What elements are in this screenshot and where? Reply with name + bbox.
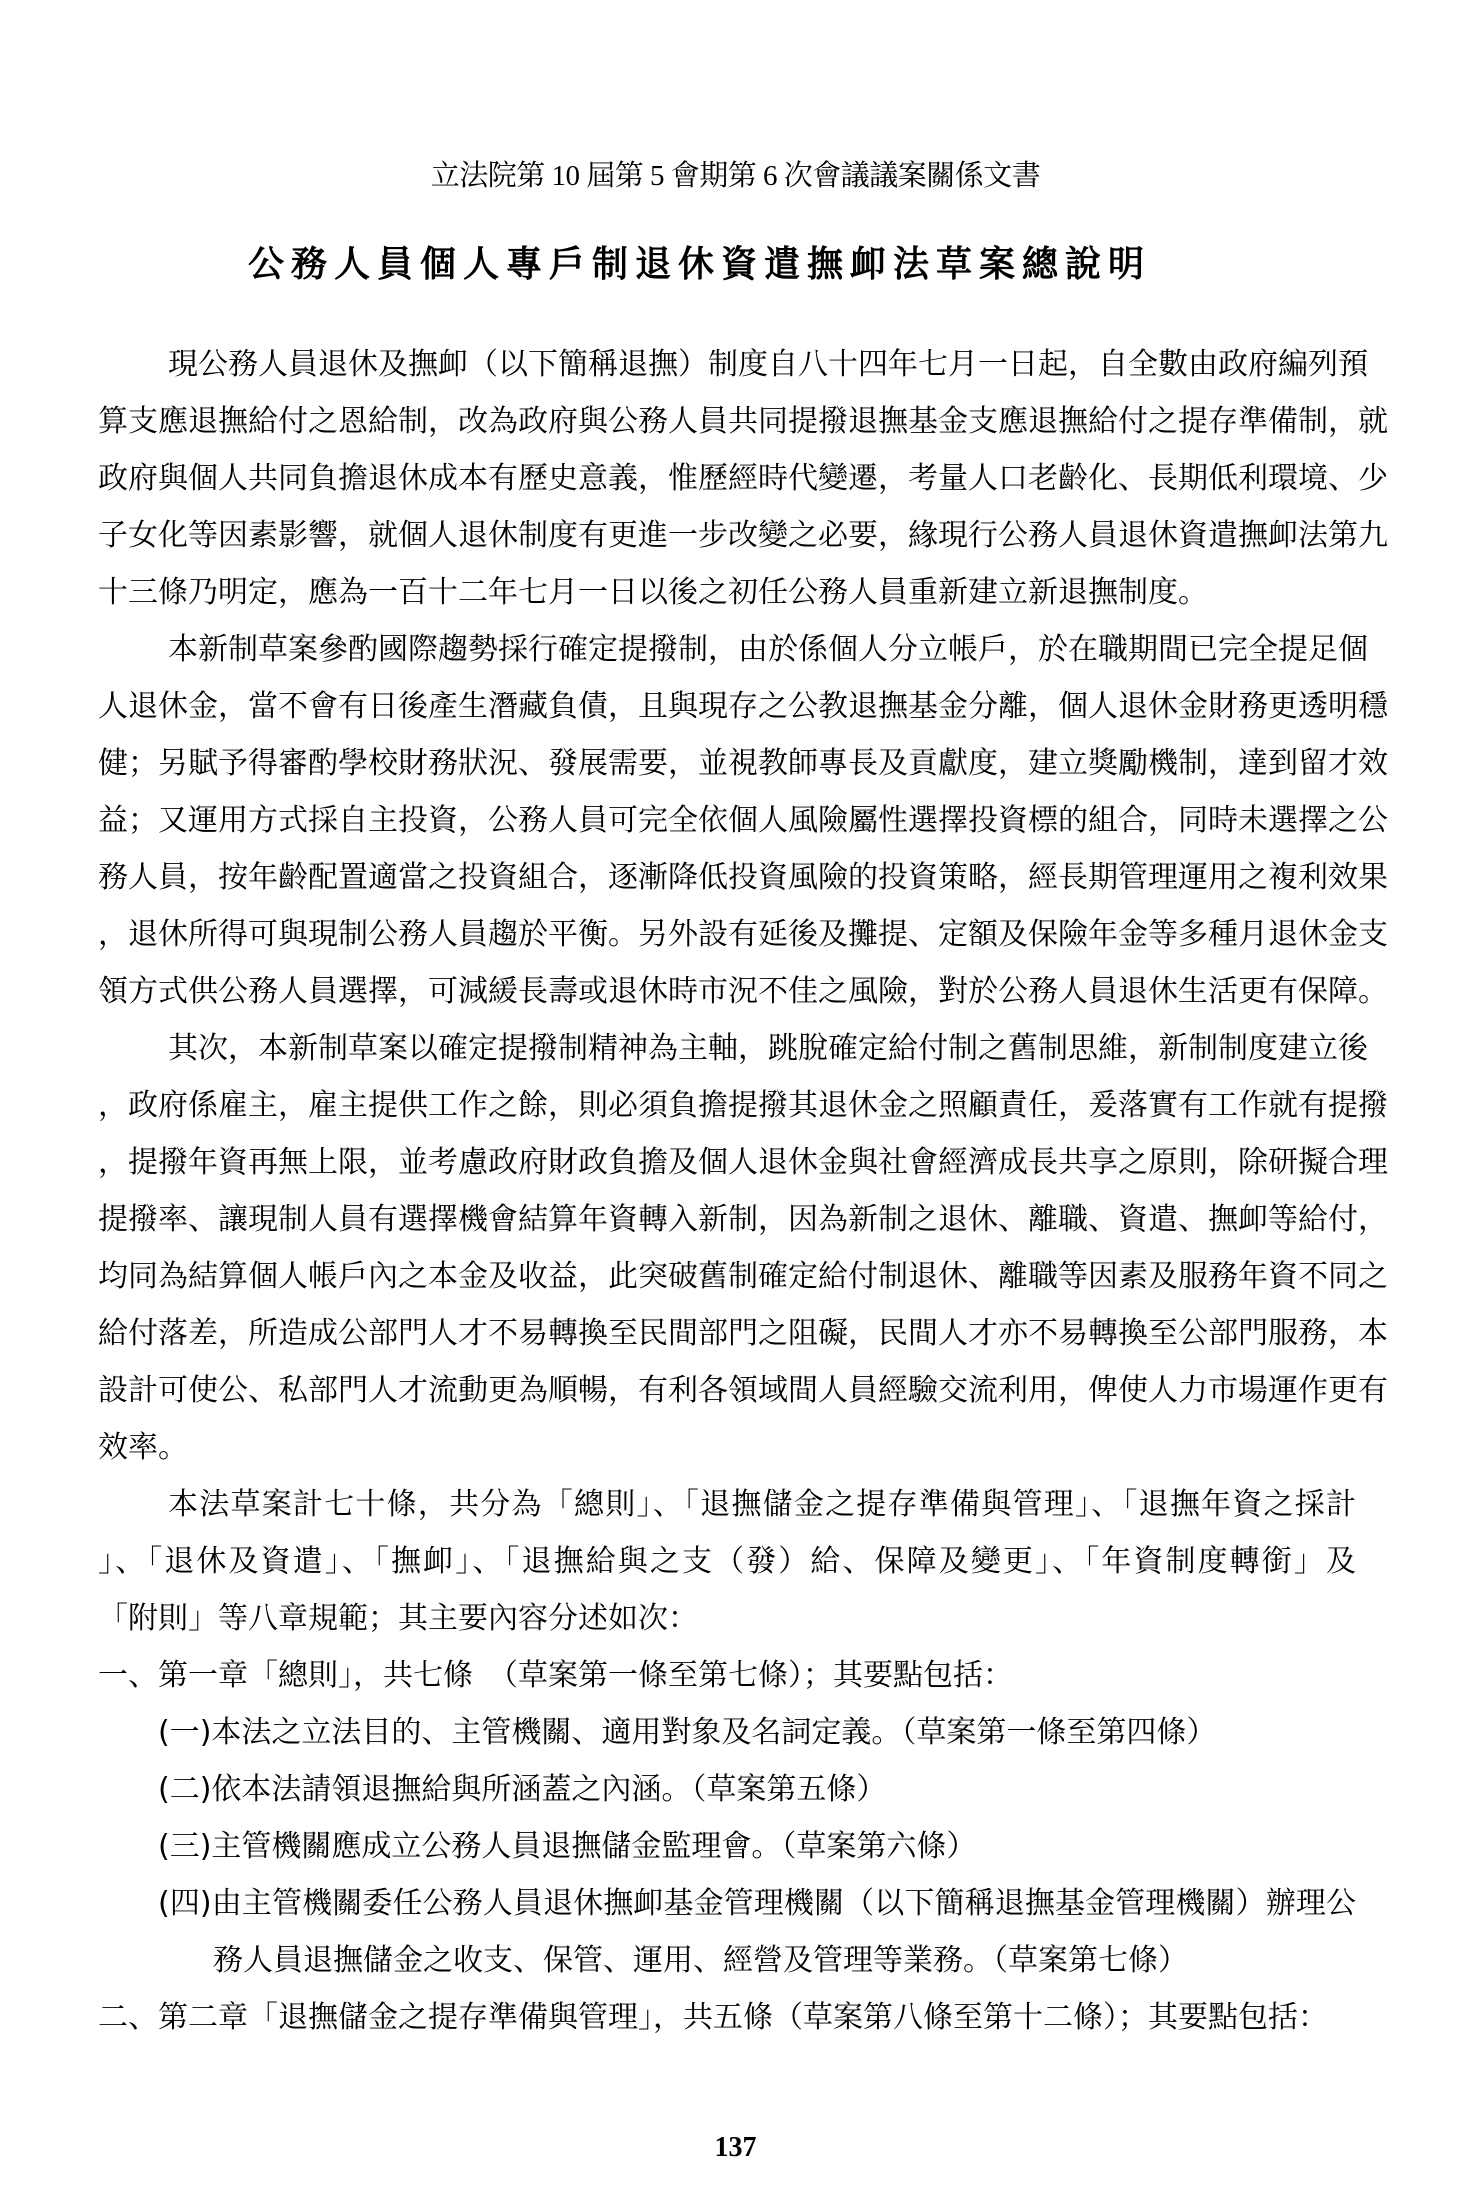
document-header: 立法院第 10 屆第 5 會期第 6 次會議議案關係文書 bbox=[0, 156, 1471, 196]
text-line: 算支應退撫給付之恩給制，改為政府與公務人員共同提撥退撫基金支應退撫給付之提存準備… bbox=[98, 393, 1356, 450]
text-line: ，政府係雇主，雇主提供工作之餘，則必須負擔提撥其退休金之照顧責任，爰落實有工作就… bbox=[98, 1077, 1356, 1134]
text-line: 十三條乃明定，應為一百十二年七月一日以後之初任公務人員重新建立新退撫制度。 bbox=[98, 564, 1356, 621]
text-line: 人退休金，當不會有日後產生潛藏負債，且與現存之公教退撫基金分離，個人退休金財務更… bbox=[98, 678, 1356, 735]
text-line: 「附則」等八章規範；其主要內容分述如次： bbox=[98, 1590, 1356, 1647]
document-title: 公務人員個人專戶制退休資遣撫卹法草案總說明 bbox=[248, 240, 1248, 288]
text-line: 本法草案計七十條，共分為「總則」、「退撫儲金之提存準備與管理」、「退撫年資之採計 bbox=[98, 1476, 1356, 1533]
text-line: 領方式供公務人員選擇，可減緩長壽或退休時市況不佳之風險，對於公務人員退休生活更有… bbox=[98, 963, 1356, 1020]
text-line: 政府與個人共同負擔退休成本有歷史意義，惟歷經時代變遷，考量人口老齡化、長期低利環… bbox=[98, 450, 1356, 507]
text-line: 提撥率、讓現制人員有選擇機會結算年資轉入新制，因為新制之退休、離職、資遣、撫卹等… bbox=[98, 1191, 1356, 1248]
chapter-1-section: 一、第一章「總則」，共七條 （草案第一條至第七條）；其要點包括： (一)本法之立… bbox=[98, 1647, 1356, 1989]
text-line: 健；另賦予得審酌學校財務狀況、發展需要，並視教師專長及貢獻度，建立獎勵機制，達到… bbox=[98, 735, 1356, 792]
text-line: 」、「退休及資遣」、「撫卹」、「退撫給與之支（發）給、保障及變更」、「年資制度轉… bbox=[98, 1533, 1356, 1590]
list-item: (二)依本法請領退撫給與所涵蓋之內涵。（草案第五條） bbox=[98, 1761, 1356, 1818]
text-line: ，退休所得可與現制公務人員趨於平衡。另外設有延後及攤提、定額及保險年金等多種月退… bbox=[98, 906, 1356, 963]
text-line: 益；又運用方式採自主投資，公務人員可完全依個人風險屬性選擇投資標的組合，同時未選… bbox=[98, 792, 1356, 849]
text-line: 子女化等因素影響，就個人退休制度有更進一步改變之必要，緣現行公務人員退休資遣撫卹… bbox=[98, 507, 1356, 564]
paragraph-background: 現公務人員退休及撫卹（以下簡稱退撫）制度自八十四年七月一日起，自全數由政府編列預… bbox=[98, 336, 1356, 621]
chapter-2-section: 二、第二章「退撫儲金之提存準備與管理」，共五條（草案第八條至第十二條）；其要點包… bbox=[98, 1989, 1356, 2046]
text-line: 現公務人員退休及撫卹（以下簡稱退撫）制度自八十四年七月一日起，自全數由政府編列預 bbox=[98, 336, 1356, 393]
list-item: (三)主管機關應成立公務人員退撫儲金監理會。（草案第六條） bbox=[98, 1818, 1356, 1875]
list-item-continuation: 務人員退撫儲金之收支、保管、運用、經營及管理等業務。（草案第七條） bbox=[98, 1932, 1356, 1989]
text-line: ，提撥年資再無上限，並考慮政府財政負擔及個人退休金與社會經濟成長共享之原則，除研… bbox=[98, 1134, 1356, 1191]
text-line: 效率。 bbox=[98, 1419, 1356, 1476]
document-body: 現公務人員退休及撫卹（以下簡稱退撫）制度自八十四年七月一日起，自全數由政府編列預… bbox=[98, 336, 1356, 2046]
text-line: 務人員，按年齡配置適當之投資組合，逐漸降低投資風險的投資策略，經長期管理運用之複… bbox=[98, 849, 1356, 906]
paragraph-defined-contribution: 本新制草案參酌國際趨勢採行確定提撥制，由於係個人分立帳戶，於在職期間已完全提足個… bbox=[98, 621, 1356, 1020]
list-item: (一)本法之立法目的、主管機關、適用對象及名詞定義。（草案第一條至第四條） bbox=[98, 1704, 1356, 1761]
text-line: 均同為結算個人帳戶內之本金及收益，此突破舊制確定給付制退休、離職等因素及服務年資… bbox=[98, 1248, 1356, 1305]
text-line: 其次，本新制草案以確定提撥制精神為主軸，跳脫確定給付制之舊制思維，新制制度建立後 bbox=[98, 1020, 1356, 1077]
document-page: 立法院第 10 屆第 5 會期第 6 次會議議案關係文書 公務人員個人專戶制退休… bbox=[0, 0, 1471, 2212]
text-line: 給付落差，所造成公部門人才不易轉換至民間部門之阻礙，民間人才亦不易轉換至公部門服… bbox=[98, 1305, 1356, 1362]
paragraph-structure-overview: 本法草案計七十條，共分為「總則」、「退撫儲金之提存準備與管理」、「退撫年資之採計… bbox=[98, 1476, 1356, 1647]
list-item: (四)由主管機關委任公務人員退休撫卹基金管理機關（以下簡稱退撫基金管理機關）辦理… bbox=[98, 1875, 1356, 1932]
paragraph-secondly: 其次，本新制草案以確定提撥制精神為主軸，跳脫確定給付制之舊制思維，新制制度建立後… bbox=[98, 1020, 1356, 1476]
chapter-heading: 二、第二章「退撫儲金之提存準備與管理」，共五條（草案第八條至第十二條）；其要點包… bbox=[98, 1989, 1356, 2046]
chapter-heading: 一、第一章「總則」，共七條 （草案第一條至第七條）；其要點包括： bbox=[98, 1647, 1356, 1704]
text-line: 本新制草案參酌國際趨勢採行確定提撥制，由於係個人分立帳戶，於在職期間已完全提足個 bbox=[98, 621, 1356, 678]
text-line: 設計可使公、私部門人才流動更為順暢，有利各領域間人員經驗交流利用，俾使人力市場運… bbox=[98, 1362, 1356, 1419]
page-number: 137 bbox=[0, 2130, 1471, 2166]
